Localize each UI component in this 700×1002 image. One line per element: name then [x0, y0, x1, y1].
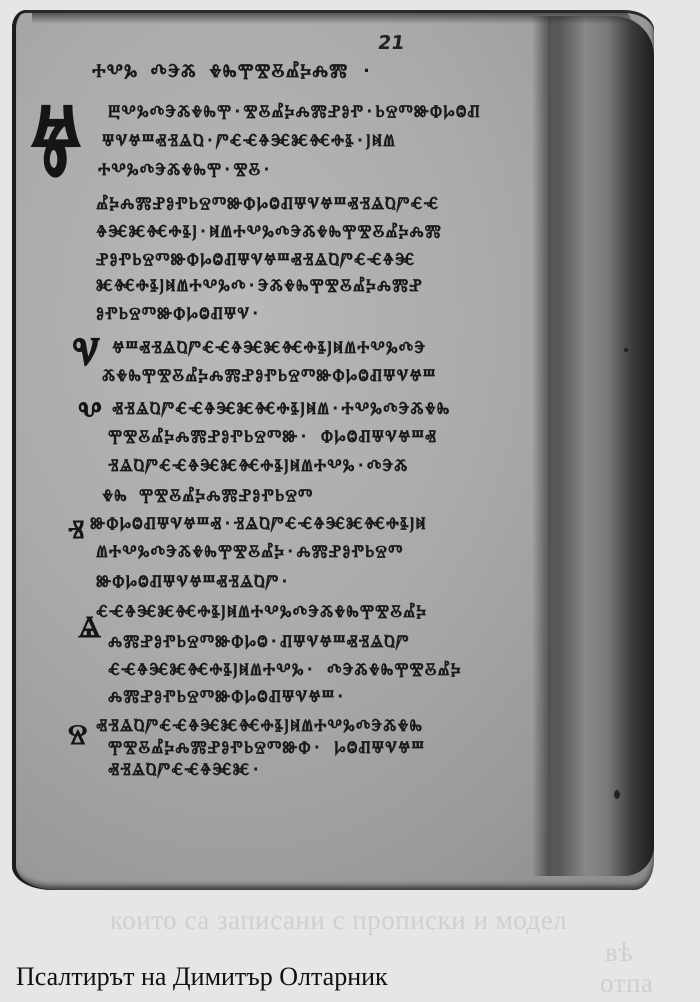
decorated-initial: Ⱄ	[68, 718, 87, 752]
manuscript-header-line: ⰀⰂⰃ ⰄⰅⰆ ⰇⰈⰉⰊⰋⰌⰍⰎⰏ ·	[92, 60, 472, 82]
manuscript-text-line: ⰨⰩⰪⰫⰬⰭⰮⰀⰂⰃⰄ·ⰅⰆⰇⰈⰉⰊⰋⰌⰍⰎⰏⰐ	[96, 276, 526, 296]
page-top-edge	[32, 10, 632, 24]
manuscript-text-line: ⰎⰏⰐⰑⰒⰓⰔⰕⰖⰗⰘⰙ·ⰚⰛⰜⰝⰞⰟⰠⰡⰢⰣ	[108, 632, 528, 652]
manuscript-text-line: ⰐⰑⰒⰓⰔⰕⰖⰗⰘⰙⰚⰛⰜⰝⰞⰟⰠⰡⰢⰣⰤⰥⰦⰧ	[96, 250, 536, 270]
manuscript-text-line: ⰇⰈ ⰉⰊⰋⰌⰍⰎⰏⰐⰑⰒⰓⰔⰕ	[102, 486, 452, 506]
decorated-initial: Ⰲ	[78, 395, 102, 429]
background-print-fragment: вѣ	[605, 937, 700, 968]
manuscript-text-line: ⰤⰥⰦⰧⰨⰩⰪⰫⰬⰭⰮⰀⰂⰃ· ⰄⰅⰆⰇⰈⰉⰊⰋⰌⰍ	[108, 660, 548, 680]
manuscript-text-line: ⰤⰥⰦⰧⰨⰩⰪⰫⰬⰭⰮⰀⰂⰃⰄⰅⰆⰇⰈⰉⰊⰋⰌⰍ	[96, 602, 546, 622]
manuscript-text-line: ⰟⰠⰡⰢⰣⰤⰥⰦⰧⰨ·	[108, 760, 308, 780]
manuscript-text-line: ⰟⰠⰡⰢⰣⰤⰥⰦⰧⰨⰩⰪⰫⰬⰭⰮⰀⰂⰃⰄⰅⰆⰇⰈ	[96, 716, 536, 736]
manuscript-text-line: ⰌⰍⰎⰏⰐⰑⰒⰓⰔⰕⰖⰗⰘⰙⰚⰛⰜⰝⰞⰟⰠⰡⰢⰣⰤⰥ	[96, 194, 536, 214]
manuscript-text-line: ⰑⰒⰓⰔⰕⰖⰗⰘⰙⰚⰛⰜ·	[96, 304, 396, 324]
manuscript-text-line: ⰀⰂⰃⰄⰅⰆⰇⰈⰉ·ⰊⰋ·	[98, 160, 358, 180]
manuscript-text-line: ⰆⰇⰈⰉⰊⰋⰌⰍⰎⰏⰐⰑⰒⰓⰔⰕⰖⰗⰘⰙⰚⰛⰜⰝⰞ	[102, 366, 542, 386]
manuscript-text-line: ⰁⰂⰃⰄⰅⰆⰇⰈⰉ·ⰊⰋⰌⰍⰎⰏⰐⰑⰒ·ⰓⰔⰕⰖⰗⰘⰙⰚ	[108, 102, 538, 122]
manuscript-text-line: ⰖⰗⰘⰙⰚⰛⰜⰝⰞⰟⰠⰡⰢⰣ·	[96, 572, 496, 592]
decorated-initial: Ⱌ	[72, 328, 100, 375]
decorated-initial: Ⱐ	[68, 515, 84, 546]
manuscript-text-line: ⰎⰏⰐⰑⰒⰓⰔⰕⰖⰗⰘⰙⰚⰛⰜⰝⰞ·	[108, 687, 508, 707]
manuscript-text-line: ⰛⰜⰝⰞⰟⰠⰡⰢ·ⰣⰤⰥⰦⰧⰨⰩⰪⰫ·ⰬⰭⰮ	[102, 131, 532, 151]
background-print-line: които са записани с прописки и модел	[110, 905, 700, 936]
manuscript-text-line: ⰝⰞⰟⰠⰡⰢⰣⰤⰥⰦⰧⰨⰩⰪⰫⰬⰭⰮⰀⰂⰃⰄⰅ	[112, 338, 542, 358]
background-print-fragment: отпа	[600, 968, 700, 999]
manuscript-text-line: ⰉⰊⰋⰌⰍⰎⰏⰐⰑⰒⰓⰔⰕⰖⰗ· ⰘⰙⰚⰛⰜⰝⰞ	[108, 738, 528, 758]
manuscript-text-line: ⰉⰊⰋⰌⰍⰎⰏⰐⰑⰒⰓⰔⰕⰖ· ⰗⰘⰙⰚⰛⰜⰝⰞⰟ	[108, 427, 548, 447]
manuscript-photo: 21 ⰀⰂⰃ ⰄⰅⰆ ⰇⰈⰉⰊⰋⰌⰍⰎⰏ · Ⱍ Ⱌ Ⰲ Ⱐ Ⱑ Ⱄ ⰁⰂⰃⰄⰅ…	[12, 10, 654, 890]
manuscript-text-line: ⰦⰧⰨⰩⰪⰫⰬ·ⰭⰮⰀⰂⰃⰄⰅⰆⰇⰈⰉⰊⰋⰌⰍⰎⰏ	[96, 222, 536, 242]
page-gutter	[548, 16, 654, 876]
manuscript-text-line: ⰠⰡⰢⰣⰤⰥⰦⰧⰨⰩⰪⰫⰬⰭⰮⰀⰂⰃ·ⰄⰅⰆ	[108, 456, 528, 476]
ink-spot	[624, 348, 628, 352]
manuscript-text-line: ⰮⰀⰂⰃⰄⰅⰆⰇⰈⰉⰊⰋⰌⰍ·ⰎⰏⰐⰑⰒⰓⰔⰕ	[96, 542, 546, 562]
manuscript-text-line: ⰟⰠⰡⰢⰣⰤⰥⰦⰧⰨⰩⰪⰫⰬⰭⰮ·ⰀⰂⰃⰄⰅⰆⰇⰈ	[112, 399, 542, 419]
manuscript-text-line: ⰖⰗⰘⰙⰚⰛⰜⰝⰞⰟ·ⰠⰡⰢⰣⰤⰥⰦⰧⰨⰩⰪⰫⰬⰭ	[90, 514, 490, 534]
decorated-initial: Ⱍ	[30, 77, 82, 203]
ink-spot	[614, 790, 620, 799]
figure-caption: Псалтирът на Димитър Олтарник	[16, 962, 388, 992]
folio-number: 21	[376, 32, 406, 54]
